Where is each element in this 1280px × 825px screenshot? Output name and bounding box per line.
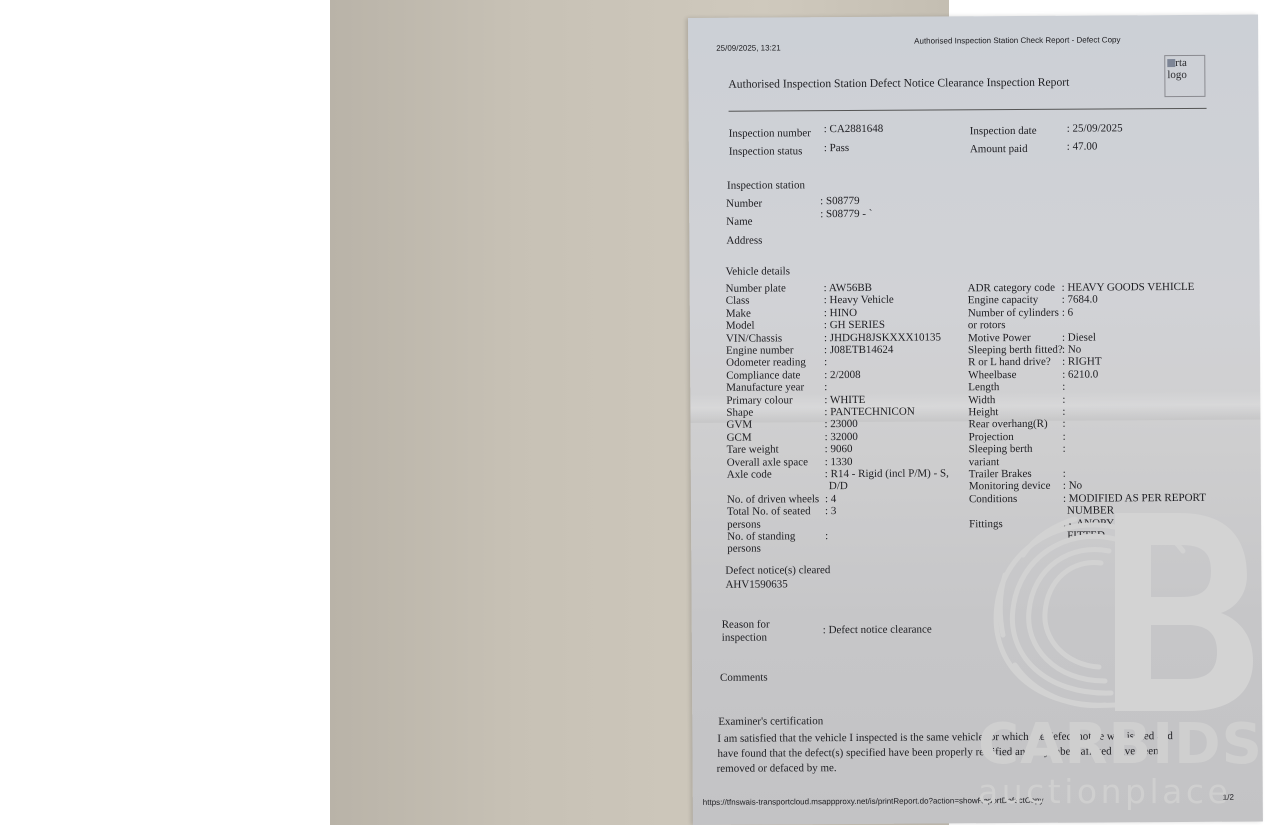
inspection-status-label: Inspection status: [729, 145, 803, 158]
vehicle-heading: Vehicle details: [726, 265, 791, 278]
vehicle-field-value: : 1330: [825, 456, 853, 469]
inspection-date-label: Inspection date: [970, 125, 1037, 138]
vehicle-field-label: Sleeping berth: [969, 443, 1033, 456]
vehicle-field-value: : 7684.0: [1062, 294, 1098, 307]
vehicle-field-value: : GH SERIES: [824, 319, 885, 332]
reason-value: : Defect notice clearance: [823, 624, 932, 637]
certification-heading: Examiner's certification: [718, 715, 823, 728]
station-name-label: Name: [726, 216, 752, 229]
vehicle-field-value-cont: D/D: [829, 480, 848, 493]
vehicle-field-label: Primary colour: [726, 394, 792, 407]
vehicle-field-value: : 32000: [825, 431, 858, 444]
amount-paid-value: : 47.00: [1067, 141, 1098, 154]
vehicle-field-label: Odometer reading: [726, 357, 806, 370]
vehicle-field-value: : AW56BB: [824, 282, 872, 295]
document-photo: 25/09/2025, 13:21 Authorised Inspection …: [330, 0, 949, 825]
vehicle-field-label: Monitoring device: [969, 480, 1051, 493]
vehicle-field-value: :: [824, 381, 827, 393]
vehicle-field-label: Motive Power: [968, 332, 1031, 345]
vehicle-field-value: :: [1062, 418, 1065, 430]
vehicle-field-value: : 6: [1062, 306, 1073, 318]
vehicle-field-label: Compliance date: [726, 369, 800, 382]
vehicle-field-value: : JHDGH8JSKXXX10135: [824, 331, 941, 344]
vehicle-field-label: Number of cylinders: [968, 307, 1059, 320]
watermark-brand: CARBIDS: [978, 712, 1263, 777]
watermark-tagline: auctionplace: [978, 772, 1231, 811]
vehicle-field-value: : 9060: [825, 443, 853, 456]
vehicle-field-value: : No: [1063, 480, 1082, 493]
vehicle-field-label: Projection: [969, 431, 1014, 444]
vehicle-field-label: Width: [968, 394, 995, 407]
vehicle-field-label: No. of driven wheels: [727, 493, 819, 506]
vehicle-field-value: : 23000: [824, 418, 857, 431]
vehicle-field-value: : Diesel: [1062, 331, 1096, 344]
report-title: Authorised Inspection Station Defect Not…: [728, 76, 1069, 91]
rta-logo-placeholder: rta logo: [1164, 55, 1205, 97]
inspection-date-value: : 25/09/2025: [1067, 122, 1123, 135]
station-number-value: : S08779: [820, 195, 860, 208]
reason-label-line1: Reason for: [722, 619, 770, 632]
vehicle-field-label-cont: persons: [727, 518, 761, 531]
inspection-number-value: : CA2881648: [824, 123, 884, 136]
station-name-value: : S08779 - `: [820, 208, 872, 221]
vehicle-field-value: :: [825, 530, 828, 542]
inspection-status-value: : Pass: [824, 142, 849, 155]
vehicle-field-label-cont: or rotors: [968, 319, 1006, 332]
vehicle-field-value: : WHITE: [824, 394, 865, 407]
vehicle-field-label: VIN/Chassis: [726, 332, 782, 345]
broken-image-icon: [1167, 59, 1175, 67]
vehicle-field-value: :: [1063, 468, 1066, 480]
vehicle-field-label: Overall axle space: [727, 456, 808, 469]
vehicle-field-label-cont: variant: [969, 456, 1000, 469]
vehicle-field-value: : 6210.0: [1062, 368, 1098, 381]
reason-label-line2: inspection: [722, 632, 767, 645]
vehicle-field-value: : 3: [825, 505, 836, 517]
vehicle-field-label: Rear overhang(R): [968, 418, 1047, 431]
vehicle-field-label: Engine number: [726, 344, 794, 357]
vehicle-field-label: R or L hand drive?: [968, 356, 1051, 369]
vehicle-field-label: Class: [726, 295, 750, 308]
amount-paid-label: Amount paid: [970, 143, 1028, 156]
vehicle-field-label: Make: [726, 307, 751, 320]
vehicle-field-label: ADR category code: [968, 282, 1055, 295]
vehicle-field-label: Axle code: [727, 468, 772, 481]
vehicle-field-value: : J08ETB14624: [824, 344, 893, 357]
vehicle-field-value: : 4: [825, 493, 836, 505]
vehicle-field-value: :: [1062, 381, 1065, 393]
vehicle-field-label: Number plate: [726, 282, 786, 295]
vehicle-field-value: :: [1062, 406, 1065, 418]
vehicle-details-right: [688, 15, 1258, 18]
vehicle-field-label: Shape: [726, 407, 753, 420]
vehicle-field-label: Model: [726, 320, 755, 333]
defects-heading: Defect notice(s) cleared: [725, 564, 830, 577]
vehicle-field-label-cont: persons: [727, 543, 761, 556]
vehicle-field-label: Trailer Brakes: [969, 468, 1032, 481]
vehicle-field-label: Wheelbase: [968, 369, 1016, 382]
vehicle-field-value: : Heavy Vehicle: [824, 294, 894, 307]
vehicle-field-value: : HINO: [824, 307, 857, 320]
print-page-title: Authorised Inspection Station Check Repo…: [914, 35, 1120, 45]
vehicle-field-label: Engine capacity: [968, 294, 1039, 307]
vehicle-field-value: :: [1062, 393, 1065, 405]
comments-label: Comments: [720, 672, 768, 685]
station-heading: Inspection station: [727, 179, 805, 192]
station-address-label: Address: [726, 235, 762, 248]
vehicle-field-label: GCM: [727, 431, 752, 444]
station-number-label: Number: [726, 198, 762, 211]
vehicle-field-value: : PANTECHNICON: [824, 406, 914, 419]
vehicle-field-value: : HEAVY GOODS VEHICLE: [1062, 281, 1195, 294]
vehicle-field-label: Sleeping berth fitted?: [968, 344, 1063, 357]
inspection-number-label: Inspection number: [729, 127, 811, 140]
vehicle-field-label: GVM: [726, 419, 752, 432]
vehicle-field-label: No. of standing: [727, 530, 795, 543]
vehicle-field-label: Manufacture year: [726, 381, 804, 394]
vehicle-field-value: :: [1063, 430, 1066, 442]
vehicle-field-value: : 2/2008: [824, 369, 860, 382]
vehicle-field-label: Conditions: [969, 493, 1017, 506]
vehicle-field-value: : MODIFIED AS PER REPORT: [1063, 492, 1206, 505]
vehicle-field-value: : No: [1062, 344, 1081, 357]
vehicle-field-label: Tare weight: [727, 444, 779, 457]
vehicle-field-value: :: [1063, 443, 1066, 455]
certification-line3: removed or defaced by me.: [717, 762, 837, 775]
print-datetime: 25/09/2025, 13:21: [716, 43, 781, 52]
vehicle-field-value: :: [824, 357, 827, 369]
vehicle-field-value: : RIGHT: [1062, 356, 1101, 369]
vehicle-field-value: : R14 - Rigid (incl P/M) - S,: [825, 467, 949, 480]
vehicle-field-label: Length: [968, 381, 999, 394]
defect-notice-number: AHV1590635: [725, 578, 787, 591]
vehicle-field-label: Height: [968, 406, 998, 419]
vehicle-field-label: Total No. of seated: [727, 505, 811, 518]
vehicle-details-left: [688, 15, 1258, 18]
title-divider: [729, 108, 1207, 112]
